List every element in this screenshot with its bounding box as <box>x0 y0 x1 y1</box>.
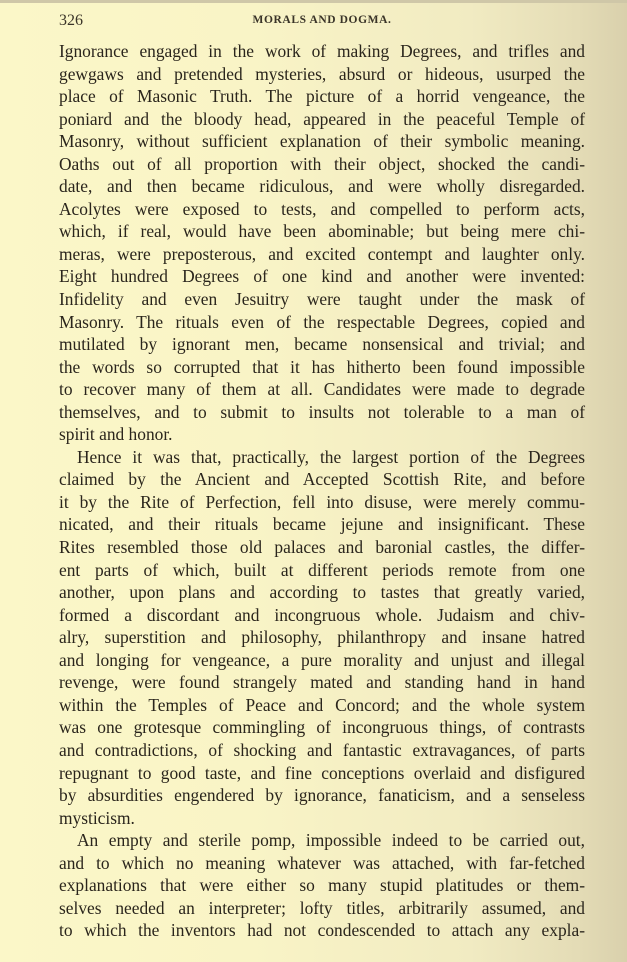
text-line: claimed by the Ancient and Accepted Scot… <box>59 468 585 491</box>
text-line: Oaths out of all proportion with their o… <box>59 153 585 176</box>
text-line: mysticism. <box>59 807 585 830</box>
page-body: Ignorance engaged in the work of making … <box>59 40 585 942</box>
text-line: repugnant to good taste, and fine concep… <box>59 762 585 785</box>
text-line: Hence it was that, practically, the larg… <box>59 446 585 469</box>
text-line: gewgaws and pretended mysteries, absurd … <box>59 63 585 86</box>
text-line: the words so corrupted that it has hithe… <box>59 356 585 379</box>
paragraph: Ignorance engaged in the work of making … <box>59 40 585 446</box>
text-line: within the Temples of Peace and Concord;… <box>59 694 585 717</box>
text-line: Masonry. The rituals even of the respect… <box>59 311 585 334</box>
text-line: spirit and honor. <box>59 423 585 446</box>
text-line: mutilated by ignorant men, became nonsen… <box>59 333 585 356</box>
text-line: alry, superstition and philosophy, phila… <box>59 626 585 649</box>
page-header: 326 MORALS AND DOGMA. <box>59 6 585 36</box>
text-line: explanations that were either so many st… <box>59 874 585 897</box>
text-line: was one grotesque commingling of incongr… <box>59 716 585 739</box>
text-line: to which the inventors had not condescen… <box>59 919 585 942</box>
text-line: nicated, and their rituals became jejune… <box>59 513 585 536</box>
text-line: and to which no meaning whatever was att… <box>59 852 585 875</box>
book-page: 326 MORALS AND DOGMA. Ignorance engaged … <box>59 6 585 942</box>
text-line: selves needed an interpreter; lofty titl… <box>59 897 585 920</box>
text-line: themselves, and to submit to insults not… <box>59 401 585 424</box>
text-line: Masonry, without sufficient explanation … <box>59 130 585 153</box>
text-line: formed a discordant and incongruous whol… <box>59 604 585 627</box>
text-line: and contradictions, of shocking and fant… <box>59 739 585 762</box>
text-line: to recover many of them at all. Candidat… <box>59 378 585 401</box>
text-line: it by the Rite of Perfection, fell into … <box>59 491 585 514</box>
text-line: Infidelity and even Jesuitry were taught… <box>59 288 585 311</box>
paragraph: An empty and sterile pomp, impossible in… <box>59 829 585 942</box>
text-line: and longing for vengeance, a pure morali… <box>59 649 585 672</box>
text-line: An empty and sterile pomp, impossible in… <box>59 829 585 852</box>
text-line: Ignorance engaged in the work of making … <box>59 40 585 63</box>
text-line: meras, were preposterous, and excited co… <box>59 243 585 266</box>
text-line: another, upon plans and according to tas… <box>59 581 585 604</box>
text-line: Rites resembled those old palaces and ba… <box>59 536 585 559</box>
text-line: which, if real, would have been abominab… <box>59 220 585 243</box>
text-line: date, and then became ridiculous, and we… <box>59 175 585 198</box>
text-line: Acolytes were exposed to tests, and comp… <box>59 198 585 221</box>
running-head: MORALS AND DOGMA. <box>59 14 585 26</box>
paragraph: Hence it was that, practically, the larg… <box>59 446 585 829</box>
text-line: by absurdities engendered by ignorance, … <box>59 784 585 807</box>
page-top-edge <box>0 0 627 3</box>
text-line: ent parts of which, built at different p… <box>59 559 585 582</box>
text-line: Eight hundred Degrees of one kind and an… <box>59 265 585 288</box>
text-line: place of Masonic Truth. The picture of a… <box>59 85 585 108</box>
text-line: poniard and the bloody head, appeared in… <box>59 108 585 131</box>
text-line: revenge, were found strangely mated and … <box>59 671 585 694</box>
